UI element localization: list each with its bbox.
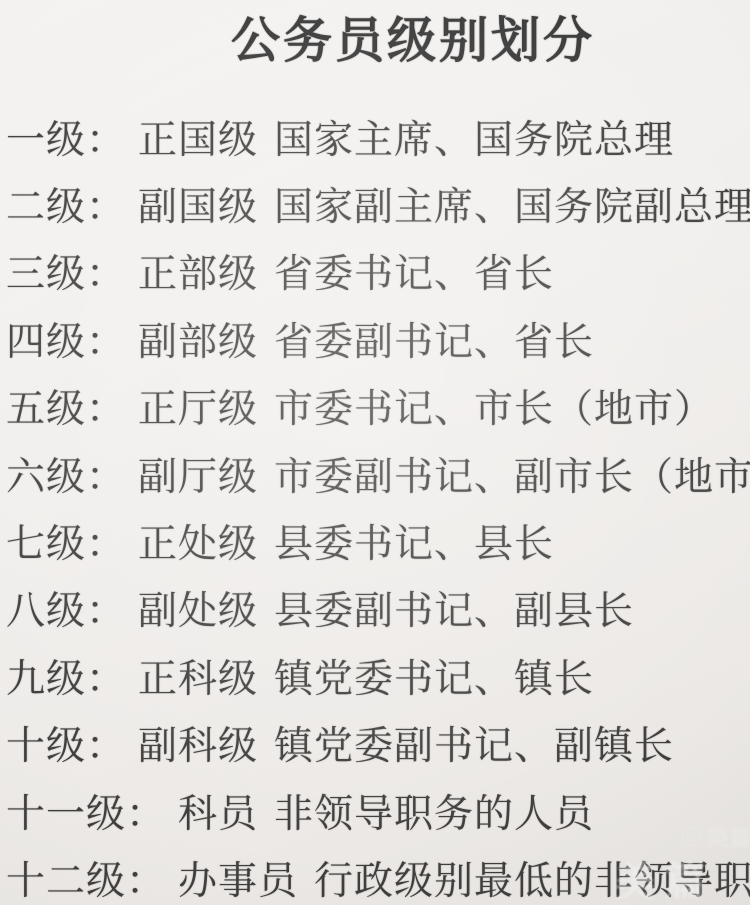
document-page: 公务员级别划分 一级： 正国级 国家主席、国务院总理 二级： 副国级 国家副主席… — [0, 0, 750, 905]
rank-desc: 县委副书记、副县长 — [274, 580, 634, 636]
rank-desc: 市委书记、市长（地市） — [274, 378, 714, 434]
rank-name: 正科级 — [138, 648, 258, 704]
rank-row-2: 二级： 副国级 国家副主席、国务院副总理 — [6, 170, 750, 237]
rank-name: 副部级 — [138, 311, 258, 367]
rank-row-3: 三级： 正部级 省委书记、省长 — [6, 238, 750, 305]
level-label: 九级： — [6, 648, 126, 704]
rank-desc: 省委副书记、省长 — [274, 311, 594, 367]
watermark: 美篇 — [680, 822, 750, 852]
rank-desc: 市委副书记、副市长（地市） — [274, 446, 750, 502]
level-label: 四级： — [6, 311, 126, 367]
level-label: 五级： — [6, 378, 126, 434]
rank-name: 正国级 — [138, 109, 258, 165]
rank-name: 正部级 — [138, 243, 258, 299]
rank-name: 副国级 — [138, 176, 258, 232]
rank-row-8: 八级： 副处级 县委副书记、副县长 — [6, 575, 750, 642]
rank-name: 副厅级 — [138, 446, 258, 502]
rank-desc: 国家主席、国务院总理 — [274, 109, 674, 165]
rank-row-1: 一级： 正国级 国家主席、国务院总理 — [6, 103, 750, 170]
level-label: 三级： — [6, 243, 126, 299]
rank-name: 办事员 — [178, 850, 298, 905]
level-label: 十一级： — [6, 783, 166, 839]
rank-row-10: 十级： 副科级 镇党委副书记、副镇长 — [6, 710, 750, 777]
level-label: 七级： — [6, 513, 126, 569]
level-label: 八级： — [6, 580, 126, 636]
rank-list: 一级： 正国级 国家主席、国务院总理 二级： 副国级 国家副主席、国务院副总理 … — [6, 103, 750, 905]
rank-row-9: 九级： 正科级 镇党委书记、镇长 — [6, 642, 750, 709]
rank-row-5: 五级： 正厅级 市委书记、市长（地市） — [6, 373, 750, 440]
rank-row-11: 十一级： 科员 非领导职务的人员 — [6, 777, 750, 844]
rank-row-4: 四级： 副部级 省委副书记、省长 — [6, 305, 750, 372]
rank-name: 副科级 — [138, 715, 258, 771]
rank-name: 副处级 — [138, 580, 258, 636]
rank-desc: 非领导职务的人员 — [274, 783, 594, 839]
rank-name: 科员 — [178, 783, 258, 839]
rank-desc: 镇党委书记、镇长 — [274, 648, 594, 704]
rank-row-6: 六级： 副厅级 市委副书记、副市长（地市） — [6, 440, 750, 507]
level-label: 十二级： — [6, 850, 166, 905]
rank-row-7: 七级： 正处级 县委书记、县长 — [6, 507, 750, 574]
level-label: 二级： — [6, 176, 126, 232]
level-label: 十级： — [6, 715, 126, 771]
rank-desc: 国家副主席、国务院副总理 — [274, 176, 750, 232]
level-label: 一级： — [6, 109, 126, 165]
rank-desc: 县委书记、县长 — [274, 513, 554, 569]
page-title: 公务员级别划分 — [38, 2, 750, 72]
rank-desc: 省委书记、省长 — [274, 243, 554, 299]
level-label: 六级： — [6, 446, 126, 502]
rank-name: 正厅级 — [138, 378, 258, 434]
rank-desc: 镇党委副书记、副镇长 — [274, 715, 674, 771]
rank-desc: 行政级别最低的非领导职务 — [314, 850, 750, 905]
watermark-brand-label: 美篇 — [707, 822, 750, 852]
rank-name: 正处级 — [138, 513, 258, 569]
rank-row-12: 十二级： 办事员 行政级别最低的非领导职务 — [6, 844, 750, 905]
meipian-swirl-icon — [680, 826, 702, 848]
